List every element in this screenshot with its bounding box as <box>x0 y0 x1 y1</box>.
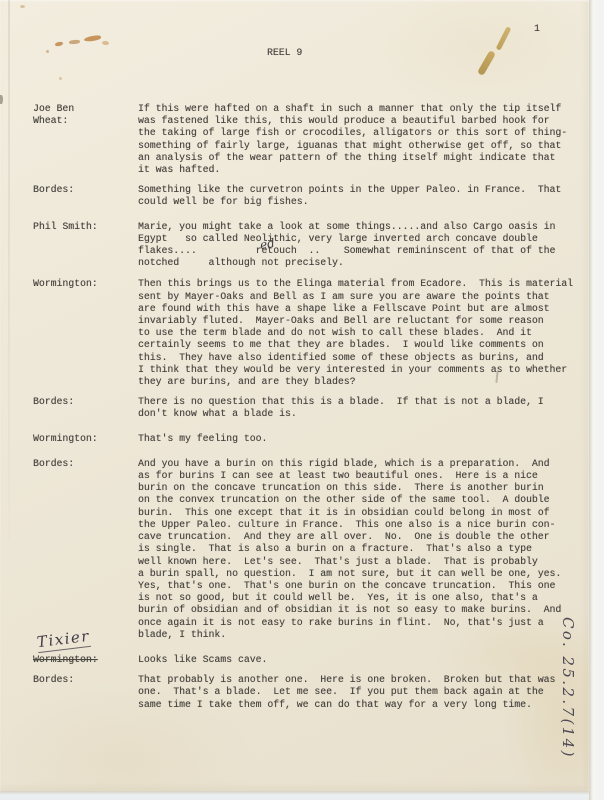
stain-mark <box>46 50 49 53</box>
edge-tick-mark <box>0 95 3 104</box>
paper-crease <box>8 0 10 540</box>
speaker-label: Phil Smith: <box>33 221 138 270</box>
stain-mark <box>84 35 102 43</box>
speaker-label: Wormington: <box>33 433 138 445</box>
transcript-paragraph: Wormington: Then this brings us to the E… <box>33 278 573 388</box>
stain-mark <box>55 41 63 46</box>
speaker-label: Bordes: <box>33 396 138 420</box>
dialogue-text: Something like the curvetron points in t… <box>138 184 561 208</box>
transcript-paragraph: Wormington: Looks like Scams cave. <box>33 654 573 666</box>
handwritten-retouch-insertion: ed <box>259 236 276 252</box>
pen-slash-mark <box>496 26 512 51</box>
stain-mark <box>102 41 109 46</box>
dialogue-text: Looks like Scams cave. <box>138 654 267 666</box>
speaker-label: Joe Ben Wheat: <box>33 103 138 176</box>
dialogue-text: Marie, you might take a look at some thi… <box>138 221 555 270</box>
dialogue-text: That probably is another one. Here is on… <box>138 674 555 711</box>
transcript-paragraph: Bordes: Something like the curvetron poi… <box>33 184 573 208</box>
transcript-paragraph: Wormington: That's my feeling too. <box>33 433 573 445</box>
stain-mark <box>59 77 62 80</box>
speaker-label: Bordes: <box>33 184 138 208</box>
transcript-paragraph: Bordes: There is no question that this i… <box>33 396 573 420</box>
dialogue-text: That's my feeling too. <box>138 433 267 445</box>
scanner-background-bottom <box>0 791 589 800</box>
scanned-page: 1 REEL 9 Joe Ben Wheat: If this were haf… <box>0 0 589 791</box>
dialogue-text: Then this brings us to the Elinga materi… <box>138 278 573 388</box>
speaker-label: Bordes: <box>33 458 138 641</box>
transcript-paragraph: Bordes: And you have a burin on this rig… <box>33 458 573 641</box>
dialogue-text: If this were hafted on a shaft in such a… <box>138 103 567 176</box>
handwritten-catalog-number: Co. 25.2.7(14) <box>559 617 577 759</box>
transcript-paragraph: Bordes: That probably is another one. He… <box>33 674 573 711</box>
stain-mark <box>69 40 80 45</box>
dialogue-text: There is no question that this is a blad… <box>138 396 544 420</box>
page-number: 1 <box>534 23 540 35</box>
transcript: Joe Ben Wheat: If this were hafted on a … <box>33 103 573 711</box>
speaker-label-struck-out: Wormington: <box>33 654 138 666</box>
transcript-paragraph: Phil Smith: Marie, you might take a look… <box>33 221 573 270</box>
transcript-paragraph: Joe Ben Wheat: If this were hafted on a … <box>33 103 573 176</box>
speaker-label: Wormington: <box>33 278 138 388</box>
dialogue-text: And you have a burin on this rigid blade… <box>138 458 561 641</box>
pen-slash-mark <box>477 50 496 76</box>
speaker-label: Bordes: <box>33 674 138 711</box>
scanner-background-right <box>589 0 604 800</box>
page-title: REEL 9 <box>267 47 302 59</box>
stain-mark <box>20 5 25 8</box>
